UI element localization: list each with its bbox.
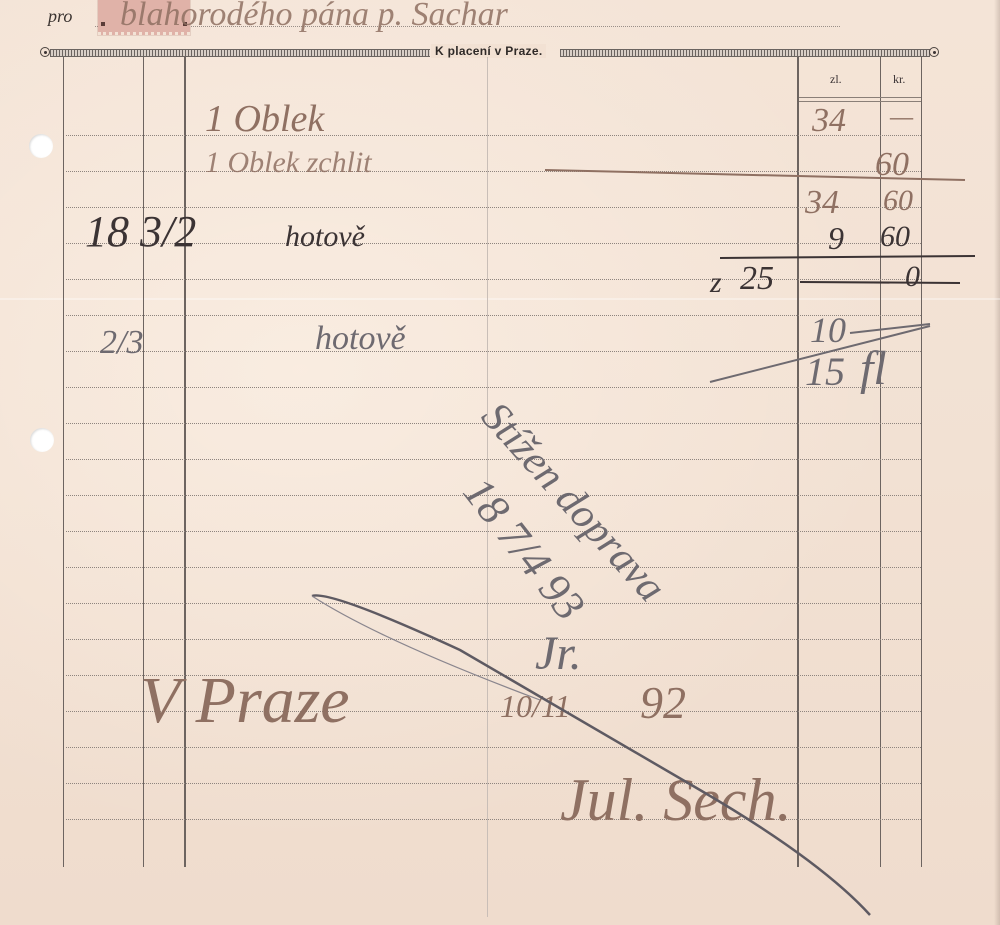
balance-strike [800, 282, 960, 283]
pencil-cancellation-stroke-faint [312, 596, 540, 700]
remaining-strike [710, 326, 930, 382]
subtotal-underline [545, 170, 965, 180]
ink-strokes-overlay [0, 0, 1000, 925]
balance-line [720, 256, 975, 258]
pencil-cancellation-stroke [312, 595, 870, 915]
